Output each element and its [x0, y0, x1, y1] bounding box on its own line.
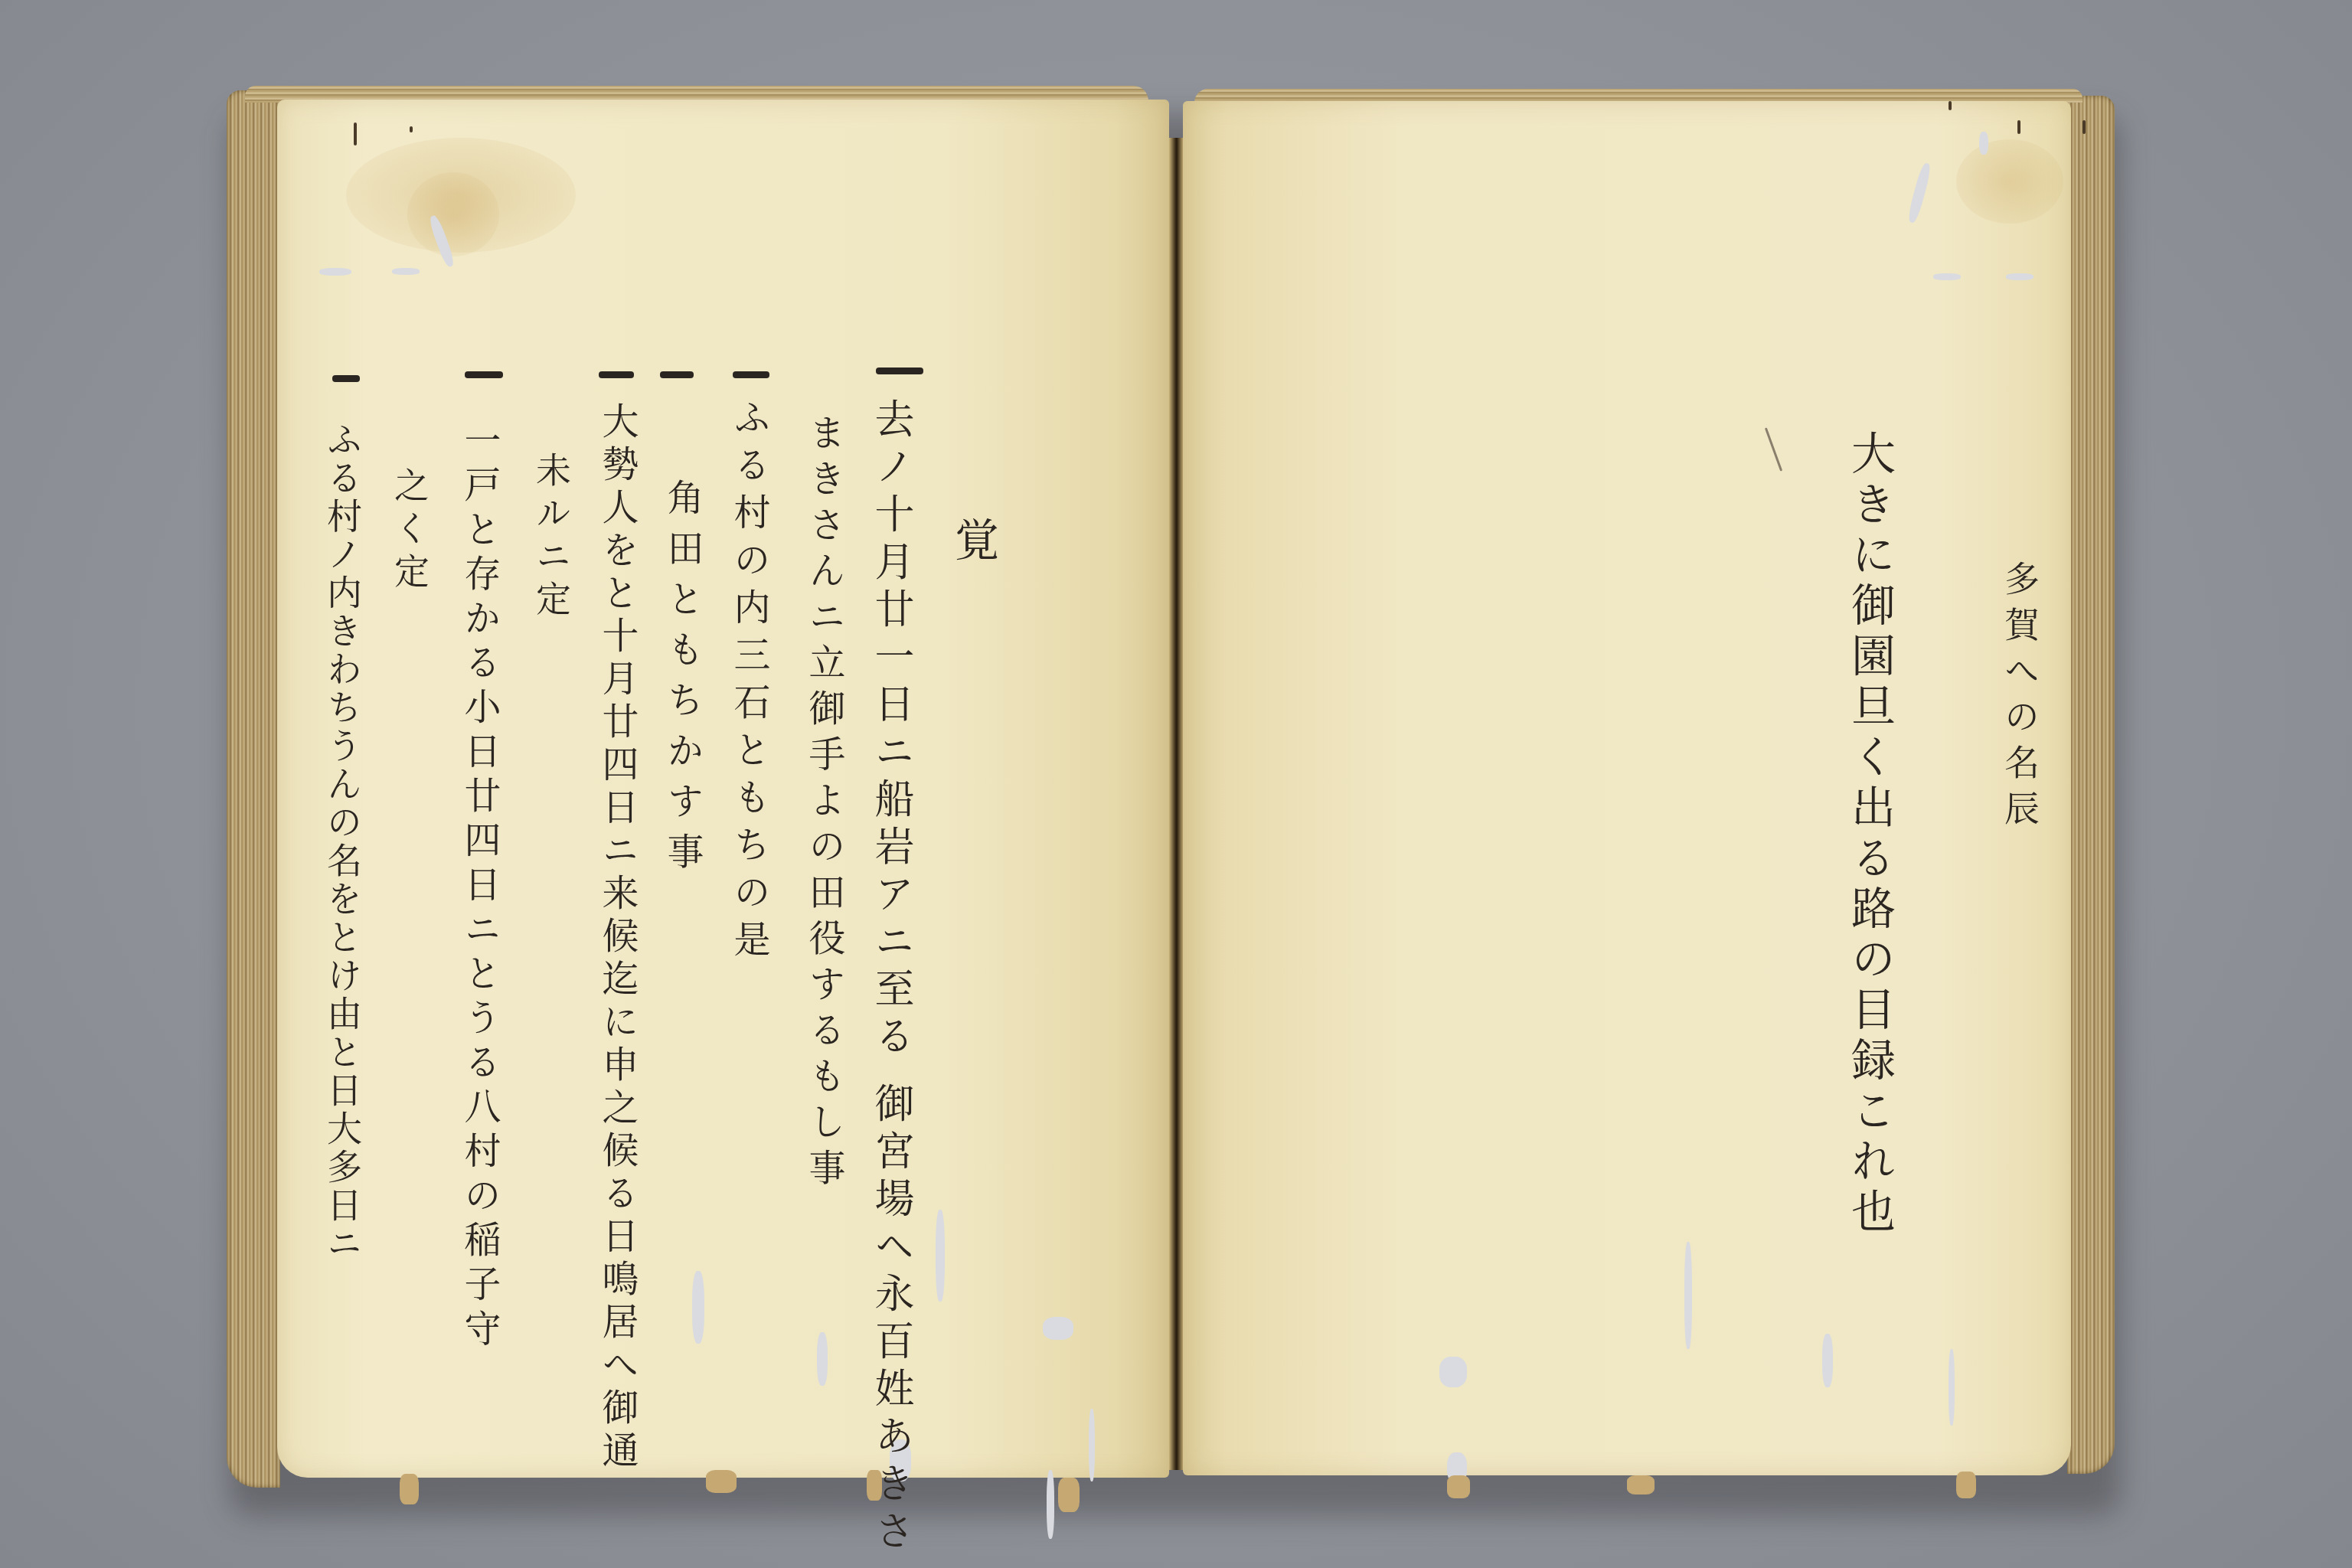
- worm-hole: [1439, 1357, 1467, 1387]
- damaged-edge: [1058, 1478, 1080, 1512]
- right-page: 大きに御園旦く出る路の目録これ也 多賀への名辰: [1183, 101, 2071, 1475]
- water-stain: [407, 172, 499, 256]
- text-column-1: 去ノ十月廿一日ニ船岩アニ至る 御宮場ヘ永百姓あきさ: [871, 398, 910, 1558]
- item-marker: [332, 375, 360, 382]
- right-text-column-1: 大きに御園旦く出る路の目録これ也: [1847, 430, 1892, 1239]
- worm-hole: [1979, 132, 1988, 155]
- damaged-edge: [706, 1470, 737, 1493]
- right-text-column-2: 多賀への名辰: [2002, 560, 2037, 836]
- worm-hole: [1684, 1242, 1692, 1349]
- text-column-7: 一戸と存かる小日廿四日ニとうる八村の稲子守: [461, 421, 498, 1354]
- item-marker: [733, 371, 769, 378]
- worm-hole: [1949, 1349, 1955, 1426]
- worm-hole: [1933, 273, 1961, 280]
- photo-background: 覚 去ノ十月廿一日ニ船岩アニ至る 御宮場ヘ永百姓あきさ まきさんニ立御手よの田役…: [0, 0, 2352, 1568]
- worm-hole: [1043, 1317, 1073, 1340]
- left-page: 覚 去ノ十月廿一日ニ船岩アニ至る 御宮場ヘ永百姓あきさ まきさんニ立御手よの田役…: [277, 100, 1169, 1478]
- item-marker: [660, 371, 694, 378]
- right-page-block-edge: [2067, 96, 2115, 1474]
- damaged-edge: [400, 1474, 419, 1504]
- ink-tick-mark: [2017, 120, 2020, 134]
- worm-hole: [1089, 1409, 1095, 1481]
- book-spine-gutter: [1169, 138, 1183, 1470]
- worm-hole: [1906, 162, 1932, 224]
- worm-hole: [1047, 1470, 1054, 1539]
- item-marker: [876, 367, 923, 374]
- text-column-2: まきさんニ立御手よの田役するもし事: [805, 413, 842, 1194]
- ink-tick-mark: [410, 126, 413, 132]
- item-marker: [465, 371, 503, 378]
- ink-tick-mark: [2082, 120, 2086, 134]
- text-column-5: 大勢人をと十月廿四日ニ来候迄に申之候る日鳴居へ御通: [599, 402, 635, 1474]
- ink-tick-mark: [354, 122, 357, 145]
- worm-hole: [2006, 273, 2033, 280]
- text-column-4: 角田ともちかす事: [664, 479, 701, 883]
- damaged-edge: [1627, 1475, 1655, 1494]
- left-page-block-edge: [227, 90, 280, 1488]
- worm-hole: [319, 268, 351, 276]
- faint-ink-stroke: [1765, 427, 1782, 471]
- text-column-9: ふる村ノ内きわちうんの名をとけ由と日大多日ニ: [325, 421, 360, 1263]
- worm-hole: [936, 1210, 945, 1302]
- text-column-3: ふる村の内三石ともちの是: [730, 398, 767, 968]
- heading-oboe: 覚: [951, 517, 995, 561]
- text-column-8: 之く定: [392, 467, 427, 596]
- water-stain: [1956, 139, 2063, 224]
- worm-hole: [692, 1271, 704, 1344]
- item-marker: [599, 371, 634, 378]
- worm-hole: [817, 1332, 828, 1386]
- worm-hole: [392, 268, 420, 275]
- text-column-6: 未ルニ定: [534, 452, 569, 623]
- damaged-edge: [1447, 1475, 1470, 1498]
- damaged-edge: [1956, 1472, 1976, 1498]
- ink-tick-mark: [1949, 101, 1952, 110]
- worm-hole: [1822, 1334, 1833, 1387]
